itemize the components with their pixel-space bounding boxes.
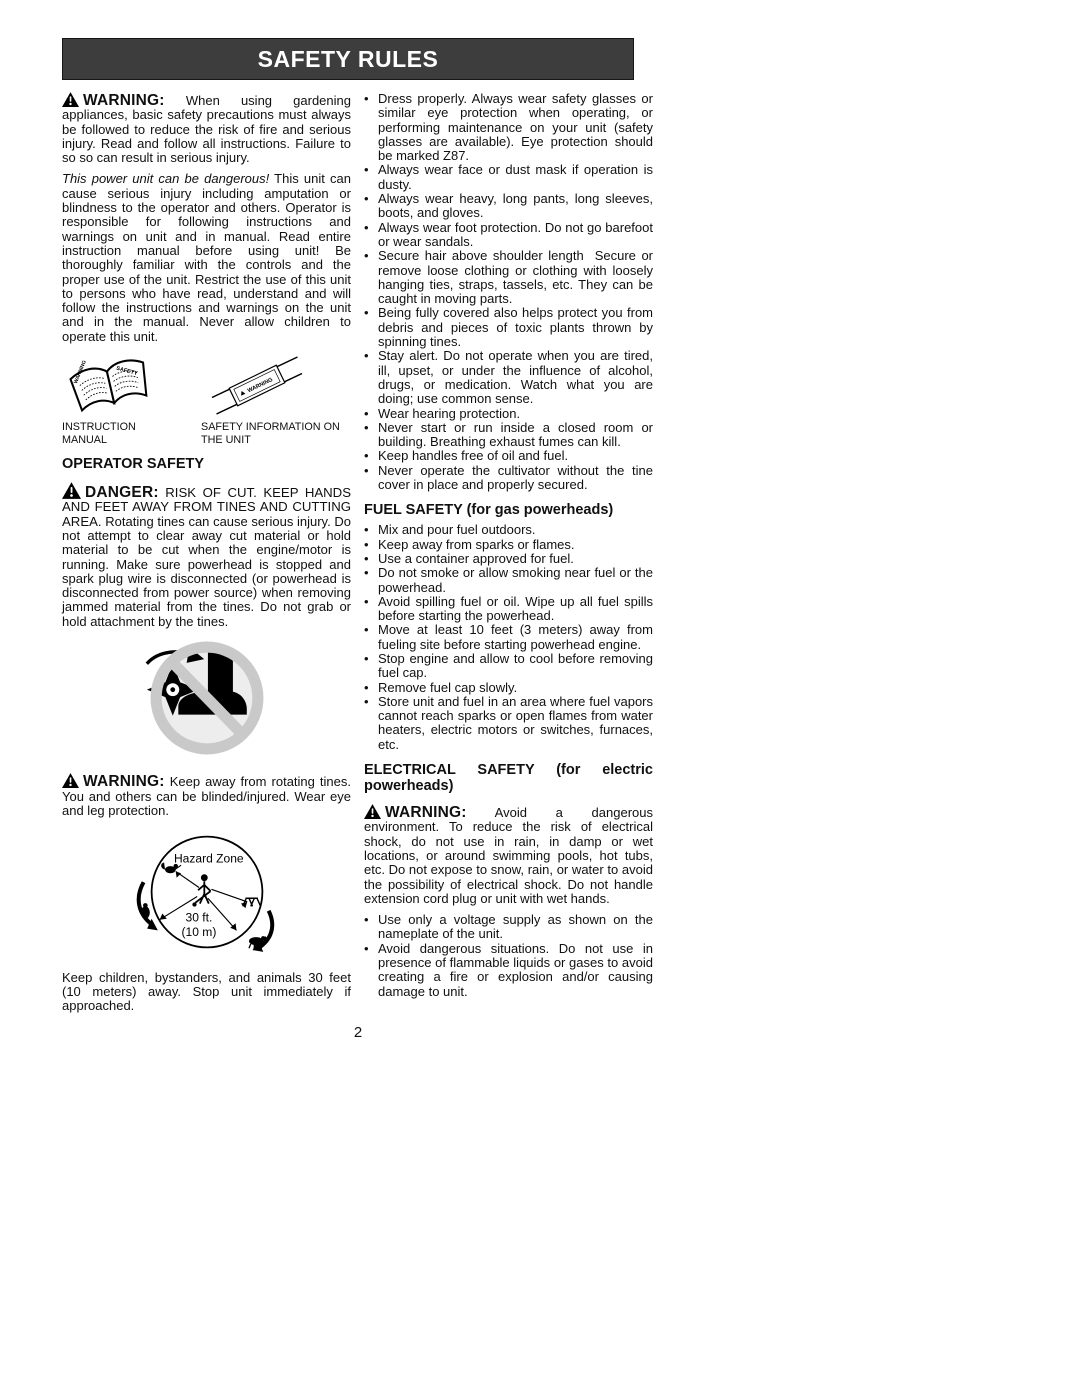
prohibition-figure: [62, 636, 351, 763]
bullet-marker: [364, 652, 378, 681]
bullet-item: Stay alert. Do not operate when you are …: [364, 349, 653, 406]
instruction-manual-block: WARNING SAFETY INSTRUCTION MANUAL: [62, 351, 201, 446]
bullet-item: Secure hair above shoulder length Secure…: [364, 249, 653, 306]
unit-safety-label-caption: SAFETY INFORMATION ON THE UNIT: [201, 421, 351, 446]
bullet-item: Never start or run inside a closed room …: [364, 421, 653, 450]
bullet-item: Keep handles free of oil and fuel.: [364, 449, 653, 463]
two-column-layout: WARNING: When using gardening appliances…: [62, 92, 654, 1020]
page-title: SAFETY RULES: [258, 46, 439, 73]
page-number: 2: [62, 1024, 654, 1041]
bullet-item: Do not smoke or allow smoking near fuel …: [364, 566, 653, 595]
electrical-warning-text: Avoid a dangerous environment. To reduce…: [364, 805, 653, 906]
bullet-item: Mix and pour fuel outdoors.: [364, 523, 653, 537]
shaft-warning-label-icon: WARNING: [201, 351, 313, 417]
bullet-marker: [364, 623, 378, 652]
left-column: WARNING: When using gardening appliances…: [62, 92, 351, 1020]
fuel-safety-heading: FUEL SAFETY (for gas powerheads): [364, 502, 653, 518]
bullet-marker: [364, 464, 378, 493]
warning-triangle-icon: [62, 92, 79, 107]
bullet-marker: [364, 595, 378, 624]
bullet-item: Keep away from sparks or flames.: [364, 538, 653, 552]
danger-triangle-icon: [62, 482, 81, 499]
no-feet-near-tines-icon: [119, 636, 295, 760]
bullet-item: Move at least 10 feet (3 meters) away fr…: [364, 623, 653, 652]
bullet-item: Stop engine and allow to cool before rem…: [364, 652, 653, 681]
bullet-item: Never operate the cultivator without the…: [364, 464, 653, 493]
bullet-item: Dress properly. Always wear safety glass…: [364, 92, 653, 163]
bullet-marker: [364, 566, 378, 595]
bullet-item: Store unit and fuel in an area where fue…: [364, 695, 653, 752]
danger-lead-text: This unit can cause serious injury inclu…: [62, 171, 351, 343]
reference-icons-row: WARNING SAFETY INSTRUCTION MANUAL: [62, 351, 351, 446]
electrical-safety-heading: ELECTRICAL SAFETY (for electric powerhea…: [364, 762, 653, 794]
bullet-marker: [364, 163, 378, 192]
hazard-zone-diagram: Hazard Zone: [115, 825, 299, 959]
bullet-marker: [364, 913, 378, 942]
bullet-marker: [364, 407, 378, 421]
bullet-marker: [364, 92, 378, 163]
page-header-bar: SAFETY RULES: [62, 38, 634, 80]
bullet-item: Always wear foot protection. Do not go b…: [364, 221, 653, 250]
bullet-marker: [364, 221, 378, 250]
bullet-marker: [364, 421, 378, 450]
open-book-icon: WARNING SAFETY: [62, 351, 158, 417]
warning-rotating-paragraph: WARNING: Keep away from rotating tines. …: [62, 773, 351, 818]
bullet-marker: [364, 538, 378, 552]
bullet-marker: [364, 349, 378, 406]
danger-text: Rotating tines can cause serious injury.…: [62, 514, 351, 629]
danger-paragraph: DANGER: RISK OF CUT. KEEP HANDS AND FEET…: [62, 482, 351, 629]
bullet-marker: [364, 449, 378, 463]
hazard-zone-figure: Hazard Zone: [62, 825, 351, 962]
warning-intro-paragraph: WARNING: When using gardening appliances…: [62, 92, 351, 165]
bullet-marker: [364, 192, 378, 221]
bullet-marker: [364, 306, 378, 349]
bullet-item: Always wear face or dust mask if operati…: [364, 163, 653, 192]
bullet-item: Use a container approved for fuel.: [364, 552, 653, 566]
bullet-item: Being fully covered also helps protect y…: [364, 306, 653, 349]
bullet-marker: [364, 681, 378, 695]
warning-triangle-icon: [62, 773, 79, 788]
bullet-marker: [364, 523, 378, 537]
hazard-zone-title: Hazard Zone: [173, 852, 243, 866]
warning-triangle-icon: [364, 804, 381, 819]
bullet-item: Avoid dangerous situations. Do not use i…: [364, 942, 653, 999]
keep-away-paragraph: Keep children, bystanders, and animals 3…: [62, 971, 351, 1014]
bullet-marker: [364, 249, 378, 306]
operator-safety-heading: OPERATOR SAFETY: [62, 456, 351, 472]
unit-safety-label-block: WARNING SAFETY INFORMATION ON THE UNIT: [201, 351, 351, 446]
bullet-item: Wear hearing protection.: [364, 407, 653, 421]
bullet-marker: [364, 695, 378, 752]
bullet-marker: [364, 552, 378, 566]
instruction-manual-caption: INSTRUCTION MANUAL: [62, 421, 162, 446]
bullet-item: Use only a voltage supply as shown on th…: [364, 913, 653, 942]
manual-page: SAFETY RULES WARNING: When using gardeni…: [62, 38, 654, 1020]
bullet-marker: [364, 942, 378, 999]
danger-lead-italic: This power unit can be dangerous!: [62, 171, 269, 186]
bullet-item: Avoid spilling fuel or oil. Wipe up all …: [364, 595, 653, 624]
danger-lead-paragraph: This power unit can be dangerous! This u…: [62, 172, 351, 344]
bullet-item: Always wear heavy, long pants, long slee…: [364, 192, 653, 221]
electrical-warning-paragraph: WARNING: Avoid a dangerous environment. …: [364, 804, 653, 906]
hazard-distance-ft: 30 ft.: [185, 911, 212, 925]
bullet-item: Remove fuel cap slowly.: [364, 681, 653, 695]
right-column: Dress properly. Always wear safety glass…: [364, 92, 653, 1020]
hazard-distance-m: (10 m): [181, 925, 216, 939]
